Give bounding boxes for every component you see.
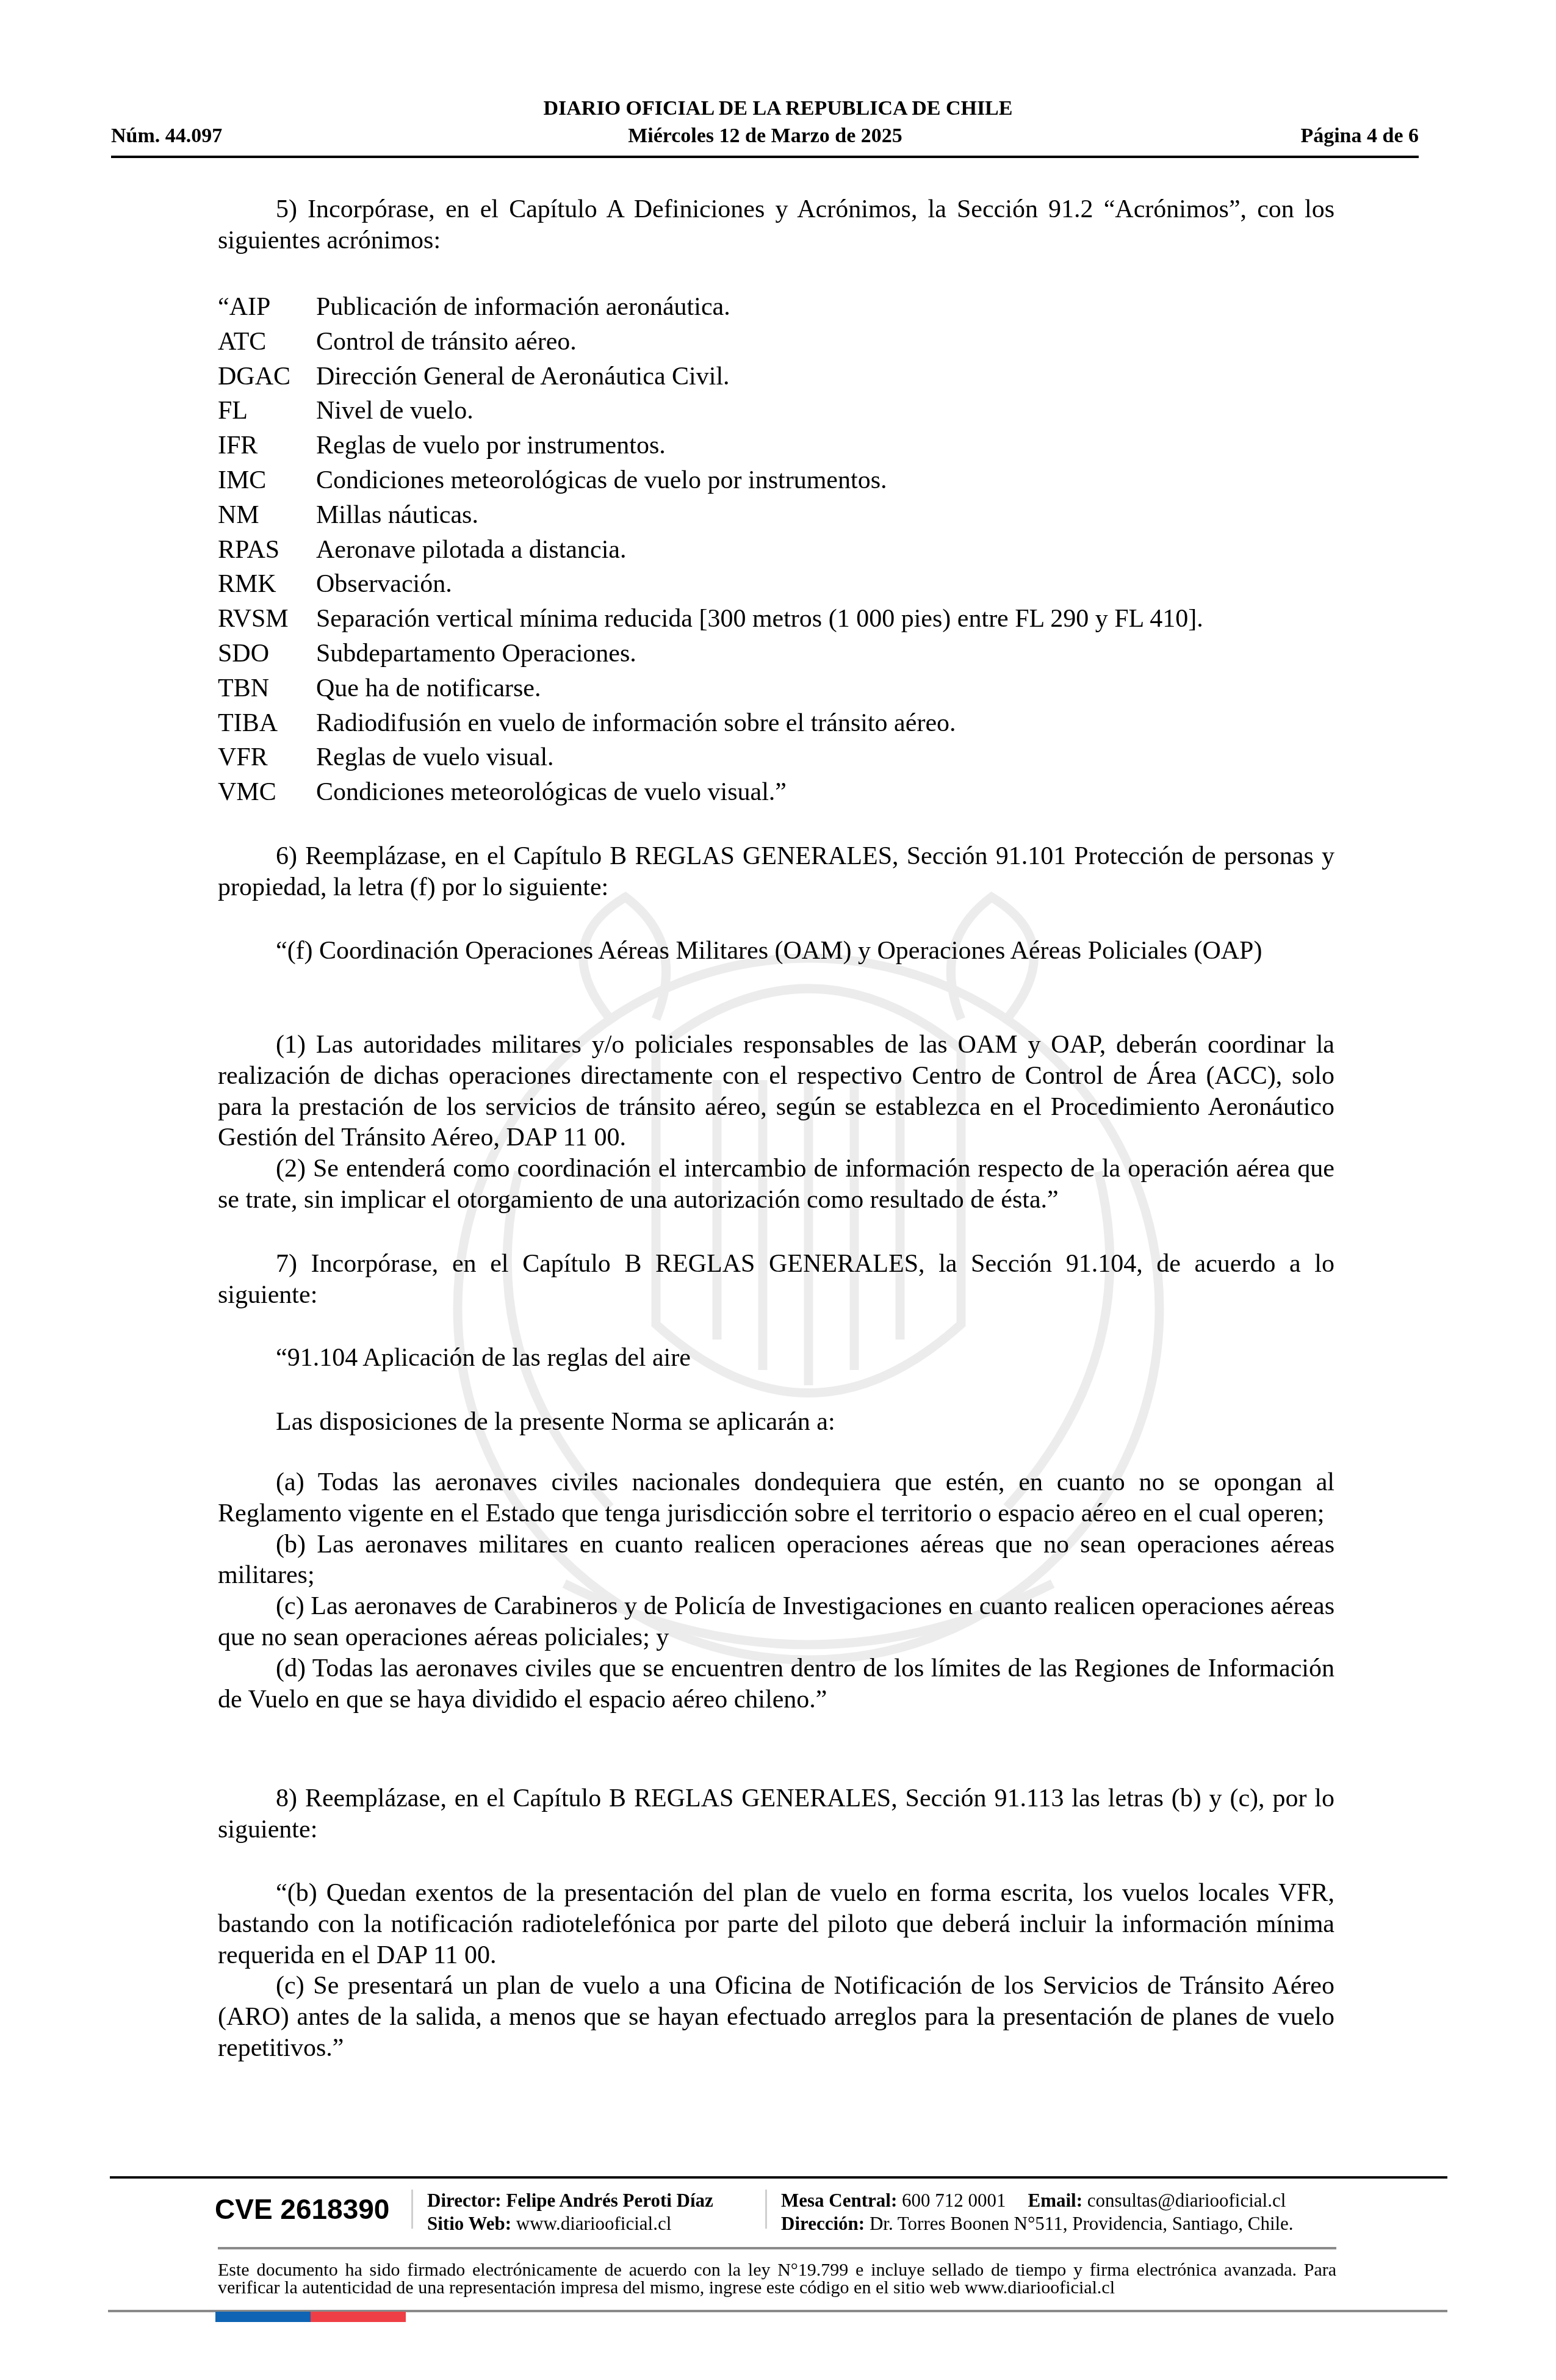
item-7-letters: (a) Todas las aeronaves civiles nacional… xyxy=(218,1467,1334,1715)
acronym-description: Reglas de vuelo por instrumentos. xyxy=(316,428,666,463)
item-6-intro-block: 6) Reemplázase, en el Capítulo B REGLAS … xyxy=(218,841,1334,903)
director-name: Felipe Andrés Peroti Díaz xyxy=(506,2190,713,2211)
address-label: Dirección: xyxy=(781,2213,865,2234)
acronym-code: RVSM xyxy=(218,602,316,636)
item-8-intro-block: 8) Reemplázase, en el Capítulo B REGLAS … xyxy=(218,1783,1334,1845)
acronym-row: VFRReglas de vuelo visual. xyxy=(218,740,1203,775)
footer-director-block: Director: Felipe Andrés Peroti Díaz Siti… xyxy=(427,2189,713,2235)
acronym-code: NM xyxy=(218,498,316,533)
issue-date: Miércoles 12 de Marzo de 2025 xyxy=(98,124,1432,148)
item-7-heading: “91.104 Aplicación de las reglas del air… xyxy=(218,1343,1334,1374)
director-label: Director: xyxy=(427,2190,502,2211)
acronym-description: Publicación de información aeronáutica. xyxy=(316,290,730,325)
footer-divider xyxy=(411,2190,413,2229)
item-6-intro: 6) Reemplázase, en el Capítulo B REGLAS … xyxy=(218,841,1334,903)
cve-code: CVE 2618390 xyxy=(215,2193,389,2225)
newspaper-title: DIARIO OFICIAL DE LA REPUBLICA DE CHILE xyxy=(0,96,1556,121)
acronym-code: DGAC xyxy=(218,359,316,394)
acronym-code: VMC xyxy=(218,775,316,810)
acronym-description: Millas náuticas. xyxy=(316,498,478,533)
acronym-description: Radiodifusión en vuelo de información so… xyxy=(316,706,956,741)
header-rule xyxy=(111,156,1419,158)
acronym-row: ATCControl de tránsito aéreo. xyxy=(218,325,1203,359)
item-6-heading-block: “(f) Coordinación Operaciones Aéreas Mil… xyxy=(218,936,1334,967)
item-7-letter-a: (a) Todas las aeronaves civiles nacional… xyxy=(218,1467,1334,1529)
item-7-letter-b: (b) Las aeronaves militares en cuanto re… xyxy=(218,1529,1334,1592)
item-8-letter-c: (c) Se presentará un plan de vuelo a una… xyxy=(218,1971,1334,2063)
acronym-row: “AIPPublicación de información aeronáuti… xyxy=(218,290,1203,325)
item-7-lead: Las disposiciones de la presente Norma s… xyxy=(218,1407,1334,1438)
acronym-description: Separación vertical mínima reducida [300… xyxy=(316,602,1203,636)
item-5-intro: 5) Incorpórase, en el Capítulo A Definic… xyxy=(218,194,1334,256)
item-7-lead-block: Las disposiciones de la presente Norma s… xyxy=(218,1407,1334,1438)
item-6-paragraphs: (1) Las autoridades militares y/o polici… xyxy=(218,1030,1334,1216)
phone-number: 600 712 0001 xyxy=(902,2190,1006,2211)
item-6-heading: “(f) Coordinación Operaciones Aéreas Mil… xyxy=(218,936,1334,967)
acronym-list: “AIPPublicación de información aeronáuti… xyxy=(218,290,1203,810)
acronym-description: Control de tránsito aéreo. xyxy=(316,325,577,359)
item-7-intro: 7) Incorpórase, en el Capítulo B REGLAS … xyxy=(218,1249,1334,1311)
acronym-code: VFR xyxy=(218,740,316,775)
item-7-heading-block: “91.104 Aplicación de las reglas del air… xyxy=(218,1343,1334,1374)
address-value: Dr. Torres Boonen N°511, Providencia, Sa… xyxy=(870,2213,1294,2234)
acronym-row: NMMillas náuticas. xyxy=(218,498,1203,533)
flag-stripe-red xyxy=(311,2312,406,2322)
acronym-row: IMCCondiciones meteorológicas de vuelo p… xyxy=(218,463,1203,498)
footer-contact-block: Mesa Central: 600 712 0001Email: consult… xyxy=(781,2189,1294,2235)
acronym-code: TIBA xyxy=(218,706,316,741)
acronym-row: TIBARadiodifusión en vuelo de informació… xyxy=(218,706,1203,741)
acronym-description: Condiciones meteorológicas de vuelo visu… xyxy=(316,775,787,810)
footer-separator xyxy=(218,2247,1336,2249)
acronym-description: Nivel de vuelo. xyxy=(316,394,474,428)
flag-stripe-blue xyxy=(215,2312,311,2322)
acronym-row: IFRReglas de vuelo por instrumentos. xyxy=(218,428,1203,463)
footer-top-rule xyxy=(110,2176,1447,2179)
item-7-letter-d: (d) Todas las aeronaves civiles que se e… xyxy=(218,1653,1334,1715)
acronym-code: ATC xyxy=(218,325,316,359)
item-7-intro-block: 7) Incorpórase, en el Capítulo B REGLAS … xyxy=(218,1249,1334,1311)
acronym-code: SDO xyxy=(218,636,316,671)
acronym-row: FLNivel de vuelo. xyxy=(218,394,1203,428)
acronym-description: Subdepartamento Operaciones. xyxy=(316,636,636,671)
acronym-code: RMK xyxy=(218,567,316,602)
acronym-row: DGACDirección General de Aeronáutica Civ… xyxy=(218,359,1203,394)
item-6-paragraph-2: (2) Se entenderá como coordinación el in… xyxy=(218,1153,1334,1216)
acronym-description: Reglas de vuelo visual. xyxy=(316,740,554,775)
acronym-description: Observación. xyxy=(316,567,452,602)
signature-disclaimer: Este documento ha sido firmado electróni… xyxy=(218,2261,1336,2296)
phone-label: Mesa Central: xyxy=(781,2190,897,2211)
website-label: Sitio Web: xyxy=(427,2213,511,2234)
acronym-code: FL xyxy=(218,394,316,428)
acronym-row: RPASAeronave pilotada a distancia. xyxy=(218,533,1203,568)
item-7-letter-c: (c) Las aeronaves de Carabineros y de Po… xyxy=(218,1591,1334,1653)
website-link[interactable]: www.diariooficial.cl xyxy=(516,2213,672,2234)
acronym-code: TBN xyxy=(218,671,316,706)
acronym-row: RVSMSeparación vertical mínima reducida … xyxy=(218,602,1203,636)
footer-divider xyxy=(765,2190,767,2229)
acronym-row: TBNQue ha de notificarse. xyxy=(218,671,1203,706)
item-8-letters: “(b) Quedan exentos de la presentación d… xyxy=(218,1878,1334,2064)
item-8-intro: 8) Reemplázase, en el Capítulo B REGLAS … xyxy=(218,1783,1334,1845)
acronym-code: IMC xyxy=(218,463,316,498)
email-link[interactable]: consultas@diariooficial.cl xyxy=(1087,2190,1286,2211)
item-8-letter-b: “(b) Quedan exentos de la presentación d… xyxy=(218,1878,1334,1971)
acronym-row: VMCCondiciones meteorológicas de vuelo v… xyxy=(218,775,1203,810)
acronym-code: “AIP xyxy=(218,290,316,325)
item-5-intro-block: 5) Incorpórase, en el Capítulo A Definic… xyxy=(218,194,1334,256)
header-row: Núm. 44.097 Miércoles 12 de Marzo de 202… xyxy=(111,124,1419,148)
page-indicator: Página 4 de 6 xyxy=(1300,124,1419,148)
acronym-description: Aeronave pilotada a distancia. xyxy=(316,533,626,568)
acronym-description: Condiciones meteorológicas de vuelo por … xyxy=(316,463,887,498)
acronym-code: RPAS xyxy=(218,533,316,568)
acronym-row: SDOSubdepartamento Operaciones. xyxy=(218,636,1203,671)
acronym-description: Dirección General de Aeronáutica Civil. xyxy=(316,359,730,394)
item-6-paragraph-1: (1) Las autoridades militares y/o polici… xyxy=(218,1030,1334,1153)
acronym-description: Que ha de notificarse. xyxy=(316,671,541,706)
acronym-row: RMKObservación. xyxy=(218,567,1203,602)
email-label: Email: xyxy=(1028,2190,1083,2211)
acronym-code: IFR xyxy=(218,428,316,463)
